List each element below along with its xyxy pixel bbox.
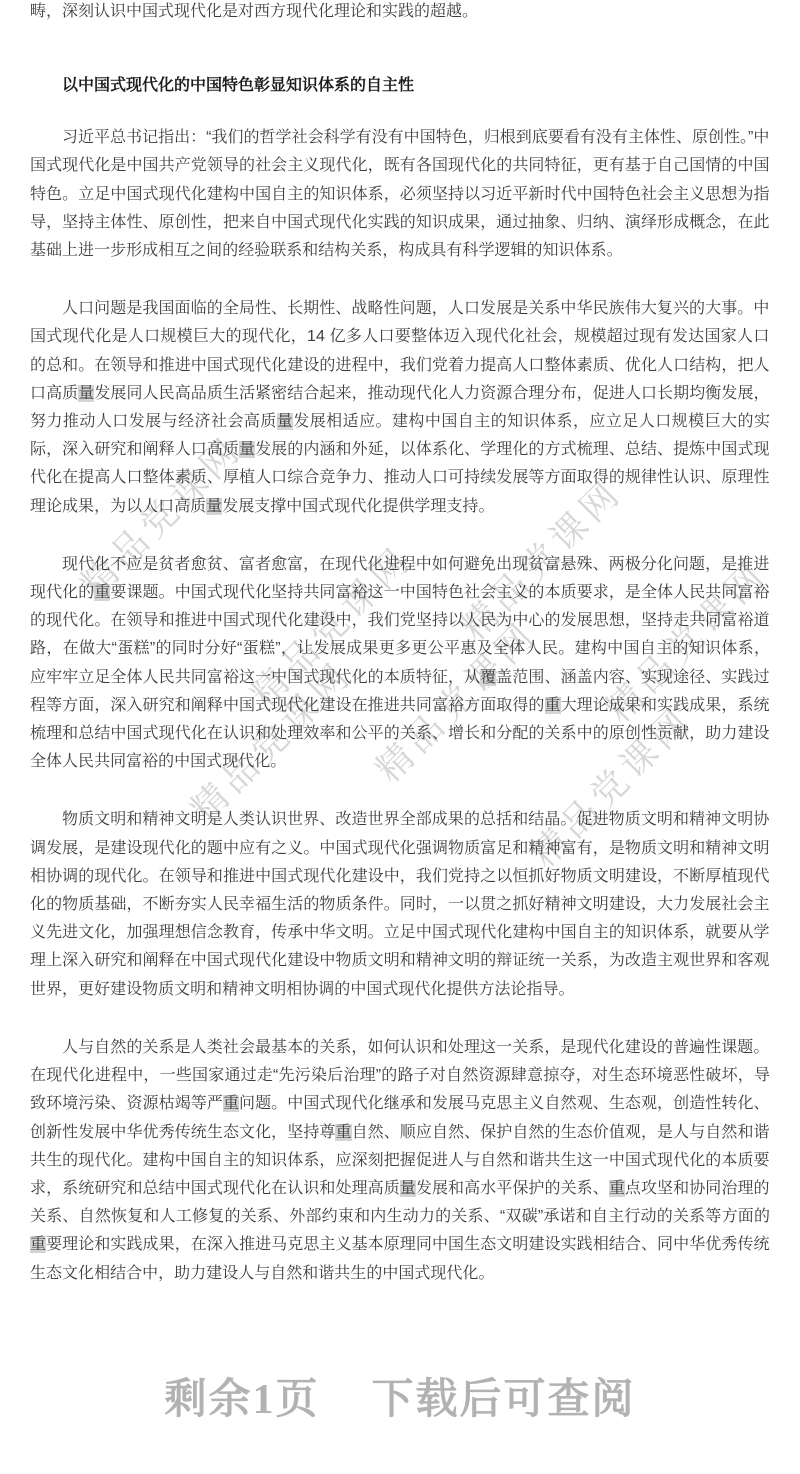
section-heading: 以中国式现代化的中国特色彰显知识体系的自主性: [30, 72, 770, 100]
download-notice-banner[interactable]: 剩余1页下载后可查阅: [0, 1366, 800, 1426]
paragraph-2: 人口问题是我国面临的全局性、长期性、战略性问题，人口发展是关系中华民族伟大复兴的…: [30, 295, 770, 521]
document-page: 精品党课网精品党课网精品党课网精品党课网精品党课网精品党课网精品党课网 畴，深刻…: [0, 0, 800, 1474]
paragraph-3: 现代化不应是贫者愈贫、富者愈富，在现代化进程中如何避免出现贫富悬殊、两极分化问题…: [30, 551, 770, 777]
highlighted-char: 重: [335, 1124, 351, 1141]
highlighted-char: 重: [223, 1095, 239, 1112]
highlighted-char: 量: [239, 441, 255, 458]
paragraph-5: 人与自然的关系是人类社会最基本的关系，如何认识和处理这一关系，是现代化建设的普遍…: [30, 1034, 770, 1288]
highlighted-char: 重: [94, 584, 110, 601]
remaining-pages-text: 剩余1页: [164, 1377, 319, 1423]
highlighted-char: 量: [277, 413, 293, 430]
paragraph-continuation: 畴，深刻认识中国式现代化是对西方现代化理论和实践的超越。: [30, 0, 770, 26]
highlighted-char: 重: [545, 697, 561, 714]
paragraph-4: 物质文明和精神文明是人类认识世界、改造世界全部成果的总括和结晶。促进物质文明和精…: [30, 806, 770, 1003]
highlighted-char: 量: [206, 498, 222, 515]
highlighted-char: 覆: [480, 669, 496, 686]
highlighted-char: 量: [400, 1180, 416, 1197]
highlighted-char: 重: [609, 1180, 625, 1197]
document-content: 畴，深刻认识中国式现代化是对西方现代化理论和实践的超越。 以中国式现代化的中国特…: [30, 0, 770, 1318]
highlighted-char: 量: [78, 385, 94, 402]
paragraph-1: 习近平总书记指出：“我们的哲学社会科学有没有中国特色，归根到底要看有没有主体性、…: [30, 124, 770, 265]
download-hint-text: 下载后可查阅: [372, 1377, 636, 1423]
highlighted-char: 重: [30, 1236, 46, 1253]
